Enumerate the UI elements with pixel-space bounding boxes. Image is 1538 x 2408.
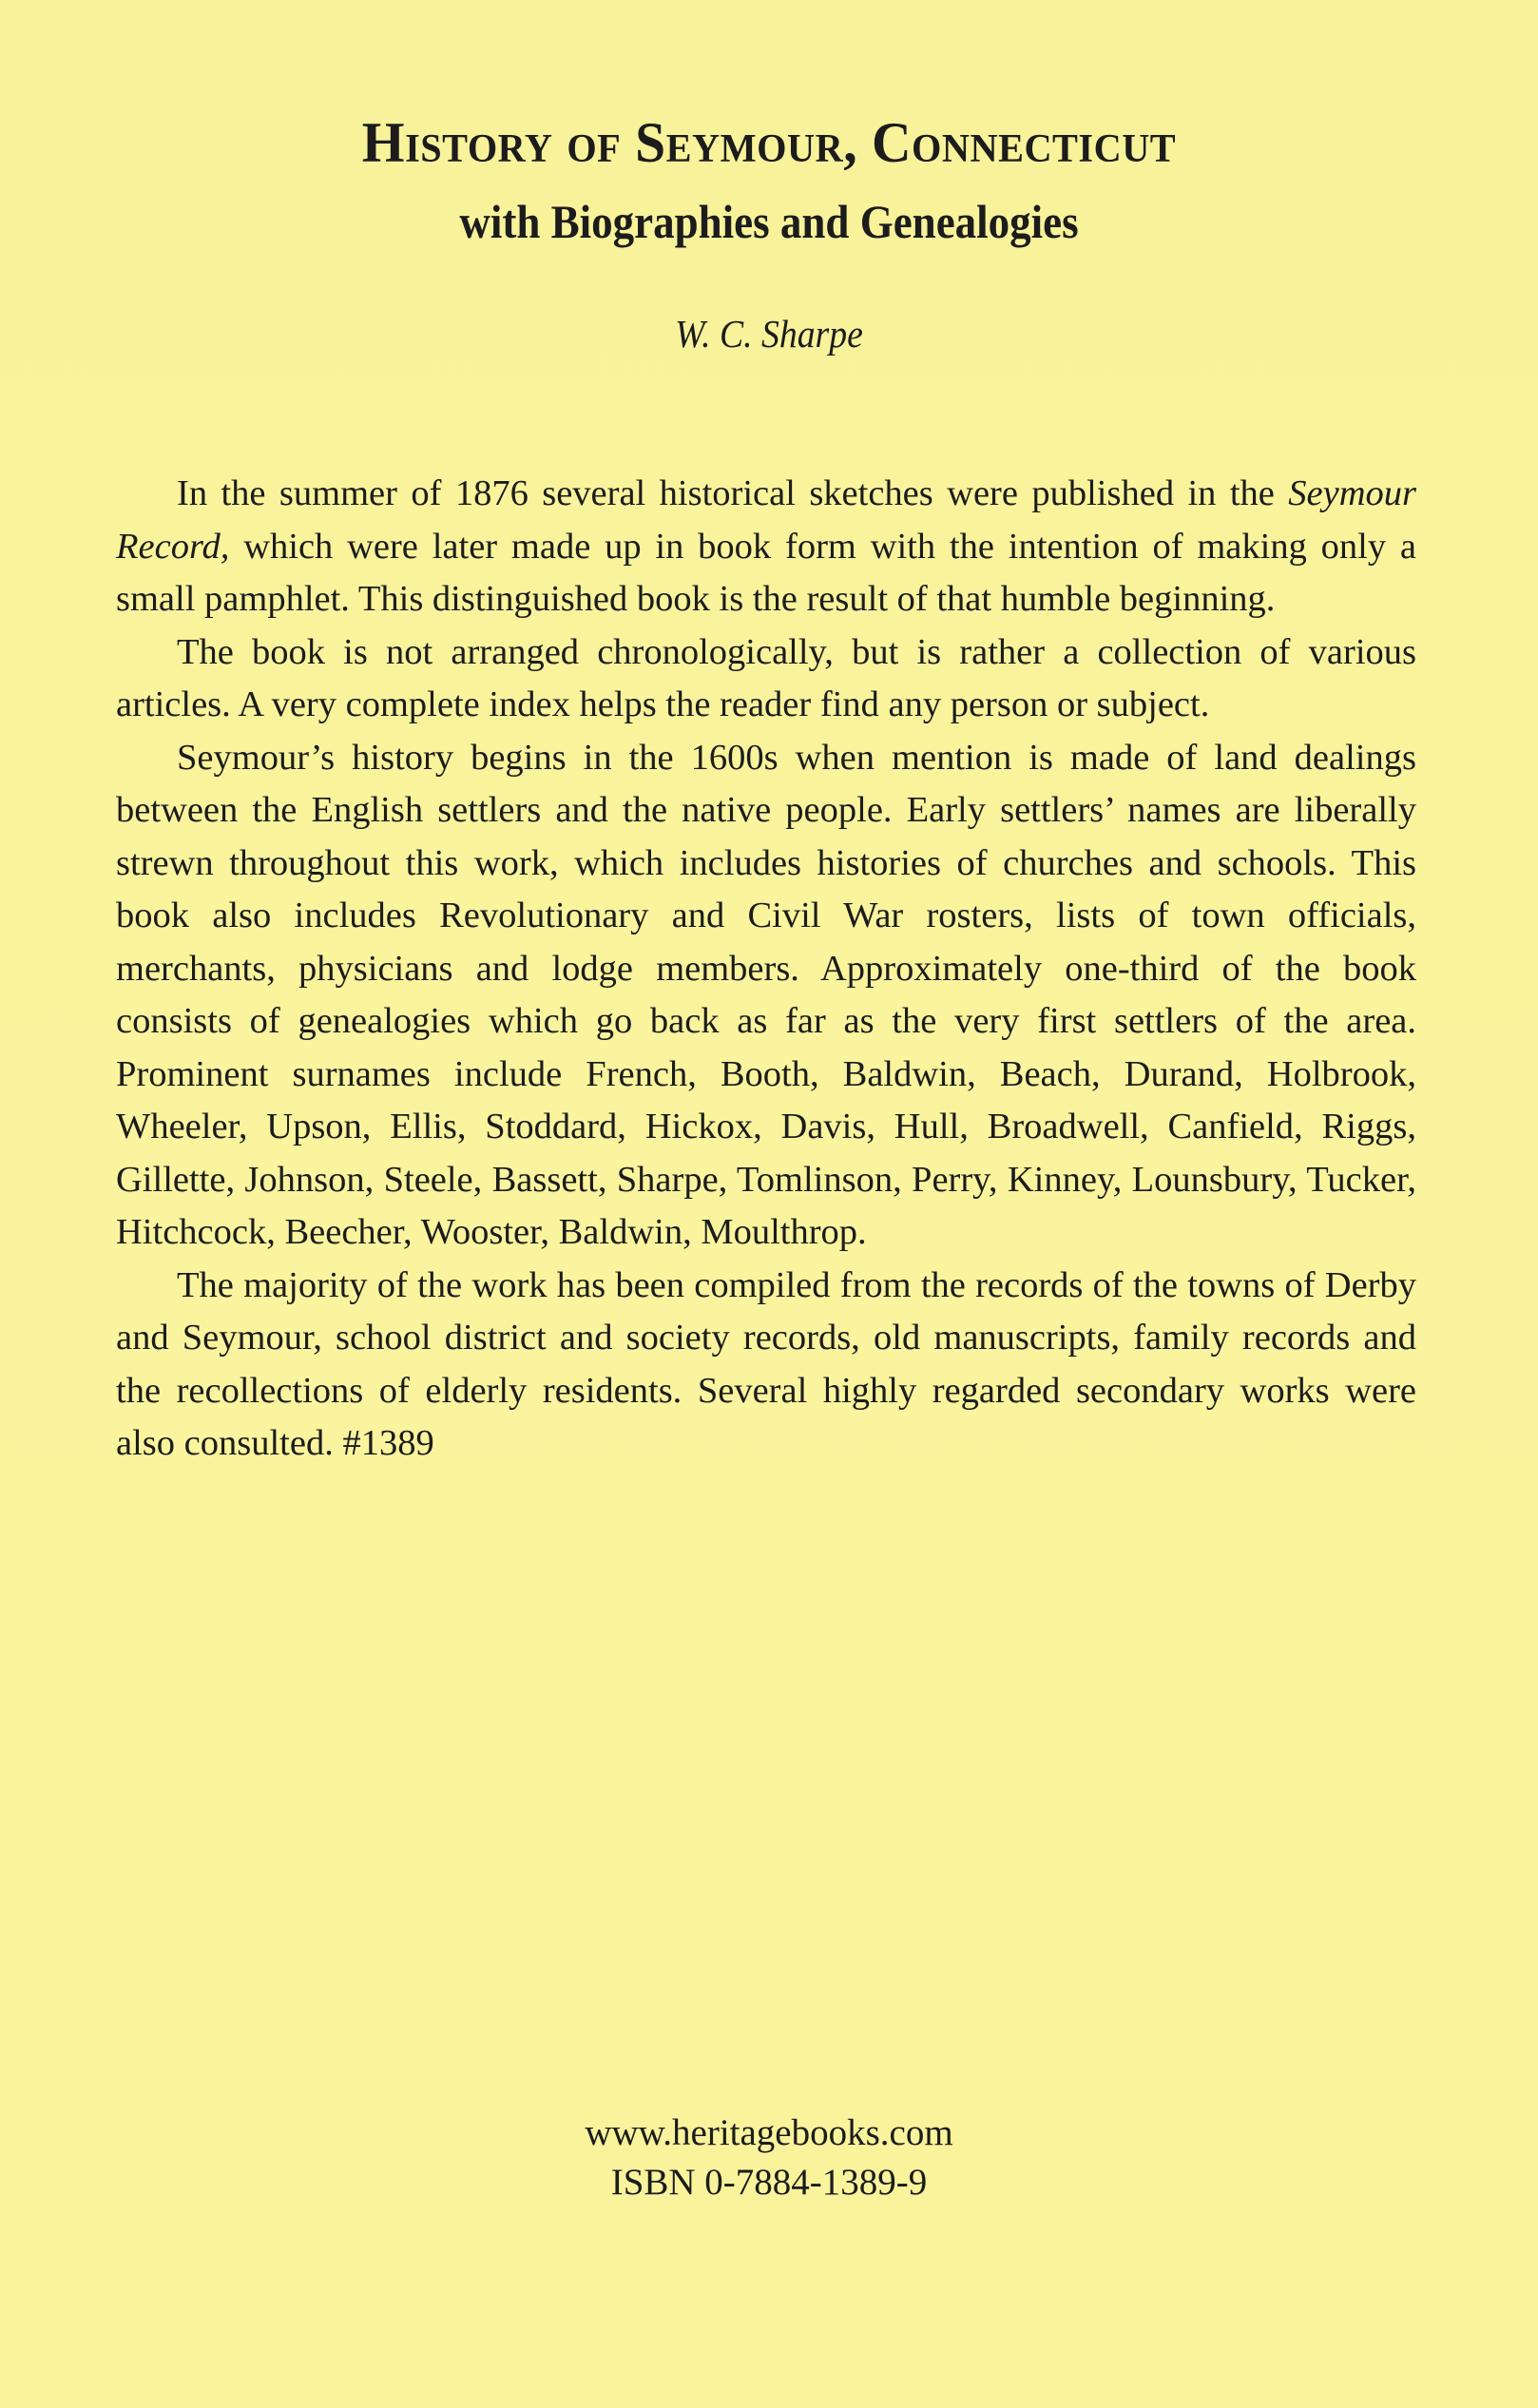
book-author: W. C. Sharpe — [62, 311, 1477, 356]
publisher-footer: www.heritagebooks.com ISBN 0-7884-1389-9 — [0, 2109, 1538, 2207]
paragraph-1-text-end: which were later made up in book form wi… — [116, 527, 1416, 620]
book-description: In the summer of 1876 several historical… — [116, 468, 1416, 1471]
book-title: History of Seymour, Connecticut — [30, 112, 1507, 173]
publisher-website: www.heritagebooks.com — [0, 2109, 1538, 2158]
description-paragraph-3: Seymour’s history begins in the 1600s wh… — [116, 732, 1416, 1260]
paragraph-1-text-start: In the summer of 1876 several historical… — [177, 473, 1288, 513]
description-paragraph-2: The book is not arranged chronologically… — [116, 626, 1416, 732]
description-paragraph-1: In the summer of 1876 several historical… — [116, 468, 1416, 626]
book-back-cover: History of Seymour, Connecticut with Bio… — [0, 0, 1538, 2408]
book-subtitle: with Biographies and Genealogies — [77, 195, 1461, 248]
isbn-number: ISBN 0-7884-1389-9 — [0, 2158, 1538, 2207]
description-paragraph-4: The majority of the work has been compil… — [116, 1260, 1416, 1471]
